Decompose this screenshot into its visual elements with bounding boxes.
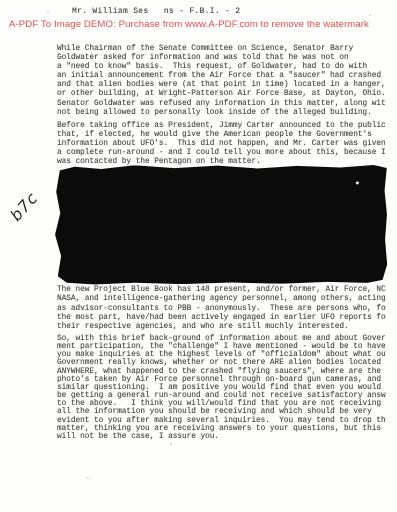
scanned-letter-page: Mr. William Ses ns - F.B.I. - 2 A-PDF To… [0, 0, 397, 512]
scan-speck [86, 477, 89, 479]
scan-speck [170, 443, 172, 445]
redaction-white-speck [356, 182, 359, 185]
scan-speck [369, 14, 371, 16]
paragraph-carter: Before taking office as President, Jimmy… [57, 122, 386, 167]
paragraph-challenge: So, with this brief back-ground of infor… [57, 335, 386, 441]
page-header-addressee: Mr. William Ses ns - F.B.I. - 2 [72, 7, 240, 16]
handwritten-b7c-exemption-annotation: b7c [6, 188, 42, 225]
paragraph-goldwater: While Chairman of the Senate Committee o… [57, 45, 386, 118]
pdf-demo-watermark: A-PDF To Image DEMO: Purchase from www.A… [9, 19, 369, 30]
redaction-block [55, 164, 387, 284]
paragraph-blue-book: The new Project Blue Book has 148 presen… [57, 286, 386, 332]
scan-speck [47, 11, 49, 13]
